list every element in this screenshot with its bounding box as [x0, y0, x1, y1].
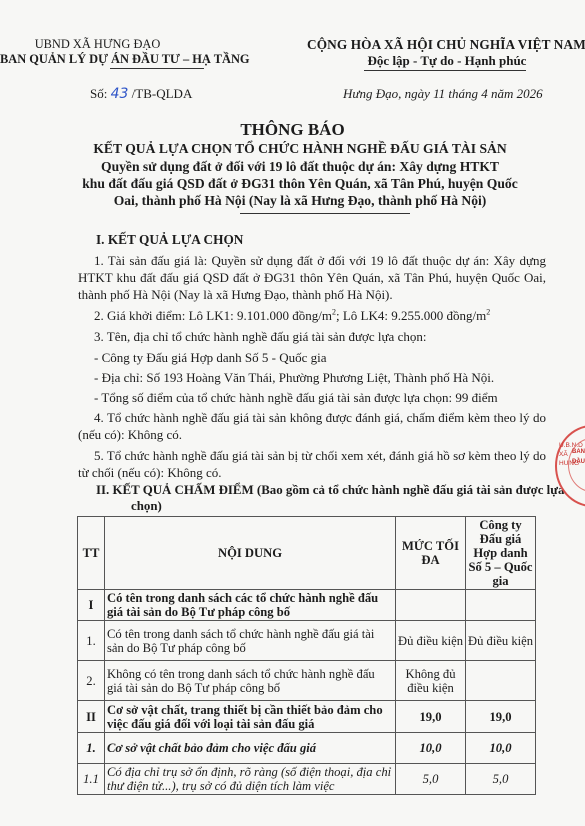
paragraph-rejected: 5. Tổ chức hành nghề đấu giá tài sản bị … [94, 448, 546, 464]
header-max-score: MỨC TỐI ĐA [396, 517, 466, 590]
section-heading-results: I. KẾT QUẢ LỰA CHỌN [96, 232, 243, 248]
document-subtitle: KẾT QUẢ LỰA CHỌN TỔ CHỨC HÀNH NGHỀ ĐẤU G… [40, 141, 560, 157]
cell-company: Đủ điều kiện [466, 621, 536, 661]
price-lk1: 2. Giá khởi điểm: Lô LK1: 9.101.000 đồng… [94, 308, 332, 323]
table-header-row: TT NỘI DUNG MỨC TỐI ĐA Công ty Đấu giá H… [78, 517, 536, 590]
place-date: Hưng Đạo, ngày 11 tháng 4 năm 2026 [343, 86, 543, 102]
table-row: I Có tên trong danh sách các tổ chức hàn… [78, 590, 536, 621]
cell-max: Không đủ điều kiện [396, 661, 466, 701]
paragraph-asset-cont: thành phố Hà Nội (Nay là xã Hưng Đạo, th… [78, 287, 393, 303]
section-heading-scoring-cont: chọn) [131, 499, 162, 514]
seal-inner-line: ĐẦU [572, 457, 585, 467]
selected-company: - Công ty Đấu giá Hợp danh Số 5 - Quốc g… [94, 350, 327, 366]
paragraph-starting-price: 2. Giá khởi điểm: Lô LK1: 9.101.000 đồng… [94, 308, 490, 324]
cell-max: 19,0 [396, 701, 466, 733]
paragraph-asset: 1. Tài sản đấu giá là: Quyền sử dụng đất… [94, 253, 546, 269]
document-title: THÔNG BÁO [0, 120, 585, 140]
board-underline [110, 68, 204, 69]
cell-max: 5,0 [396, 764, 466, 795]
seal-inner-text: BAN ĐẦU [572, 447, 585, 467]
unit-superscript: 2 [486, 308, 490, 317]
cell-max [396, 590, 466, 621]
national-title: CỘNG HÒA XÃ HỘI CHỦ NGHĨA VIỆT NAM [307, 37, 585, 53]
cell-content: Có tên trong danh sách tổ chức hành nghề… [105, 621, 396, 661]
seal-inner-line: BAN [572, 447, 585, 457]
doc-number-value: 43 [111, 86, 129, 102]
cell-company: 10,0 [466, 733, 536, 764]
scoring-table: TT NỘI DUNG MỨC TỐI ĐA Công ty Đấu giá H… [77, 516, 536, 795]
cell-tt: 1.1 [78, 764, 105, 795]
paragraph-selected-org: 3. Tên, địa chỉ tổ chức hành nghề đấu gi… [94, 329, 426, 345]
doc-number-prefix: Số: [90, 86, 107, 101]
price-lk4: ; Lô LK4: 9.255.000 đồng/m [336, 308, 486, 323]
cell-tt: II [78, 701, 105, 733]
doc-number-suffix: /TB-QLDA [132, 86, 193, 101]
paragraph-asset-cont: HTKT khu đất đấu giá QSD đất ở ĐG31 thôn… [78, 270, 546, 286]
table-row: II Cơ sở vật chất, trang thiết bị cần th… [78, 701, 536, 733]
seal-arc-text: U.B.N.D XÃ HƯNG [559, 441, 567, 468]
cell-content: Không có tên trong danh sách tổ chức hàn… [105, 661, 396, 701]
paragraph-rejected-cont: từ chối (nếu có): Không có. [78, 465, 222, 481]
table-row: 2. Không có tên trong danh sách tổ chức … [78, 661, 536, 701]
issuing-board: BAN QUẢN LÝ DỰ ÁN ĐẦU TƯ – HẠ TẦNG [0, 52, 195, 67]
motto-underline [364, 70, 526, 71]
document-number: Số: 43 /TB-QLDA [90, 86, 192, 102]
cell-max: 10,0 [396, 733, 466, 764]
cell-max: Đủ điều kiện [396, 621, 466, 661]
header-company: Công ty Đấu giá Hợp danh Số 5 – Quốc gia [466, 517, 536, 590]
cell-content: Có địa chỉ trụ sở ổn định, rõ ràng (số đ… [105, 764, 396, 795]
selected-company-address: - Địa chỉ: Số 193 Hoàng Văn Thái, Phường… [94, 370, 494, 386]
cell-content: Có tên trong danh sách các tổ chức hành … [105, 590, 396, 621]
header-content: NỘI DUNG [105, 517, 396, 590]
cell-content: Cơ sở vật chất bảo đảm cho việc đấu giá [105, 733, 396, 764]
cell-tt: 1. [78, 733, 105, 764]
header-tt: TT [78, 517, 105, 590]
document-subject-line: Oai, thành phố Hà Nội (Nay là xã Hưng Đạ… [40, 193, 560, 209]
paragraph-not-evaluated: 4. Tổ chức hành nghề đấu giá tài sản khô… [94, 410, 546, 426]
document-subject-line: khu đất đấu giá QSD đất ở ĐG31 thôn Yên … [40, 176, 560, 192]
cell-company: 19,0 [466, 701, 536, 733]
national-motto: Độc lập - Tự do - Hạnh phúc [307, 53, 585, 69]
cell-tt: I [78, 590, 105, 621]
cell-tt: 2. [78, 661, 105, 701]
section-heading-scoring: II. KẾT QUẢ CHẤM ĐIỂM (Bao gồm cả tổ chứ… [96, 483, 564, 498]
paragraph-not-evaluated-cont: (nếu có): Không có. [78, 427, 182, 443]
table-row: 1. Cơ sở vật chất bảo đảm cho việc đấu g… [78, 733, 536, 764]
title-underline [240, 213, 410, 214]
document-subject-line: Quyền sử dụng đất ở đối với 19 lô đất th… [40, 159, 560, 175]
cell-tt: 1. [78, 621, 105, 661]
cell-company: 5,0 [466, 764, 536, 795]
table-row: 1.1 Có địa chỉ trụ sở ổn định, rõ ràng (… [78, 764, 536, 795]
cell-company [466, 661, 536, 701]
cell-content: Cơ sở vật chất, trang thiết bị cần thiết… [105, 701, 396, 733]
cell-company [466, 590, 536, 621]
issuing-agency: UBND XÃ HƯNG ĐẠO [0, 37, 195, 52]
selected-company-score: - Tổng số điểm của tổ chức hành nghề đấu… [94, 390, 498, 406]
table-row: 1. Có tên trong danh sách tổ chức hành n… [78, 621, 536, 661]
